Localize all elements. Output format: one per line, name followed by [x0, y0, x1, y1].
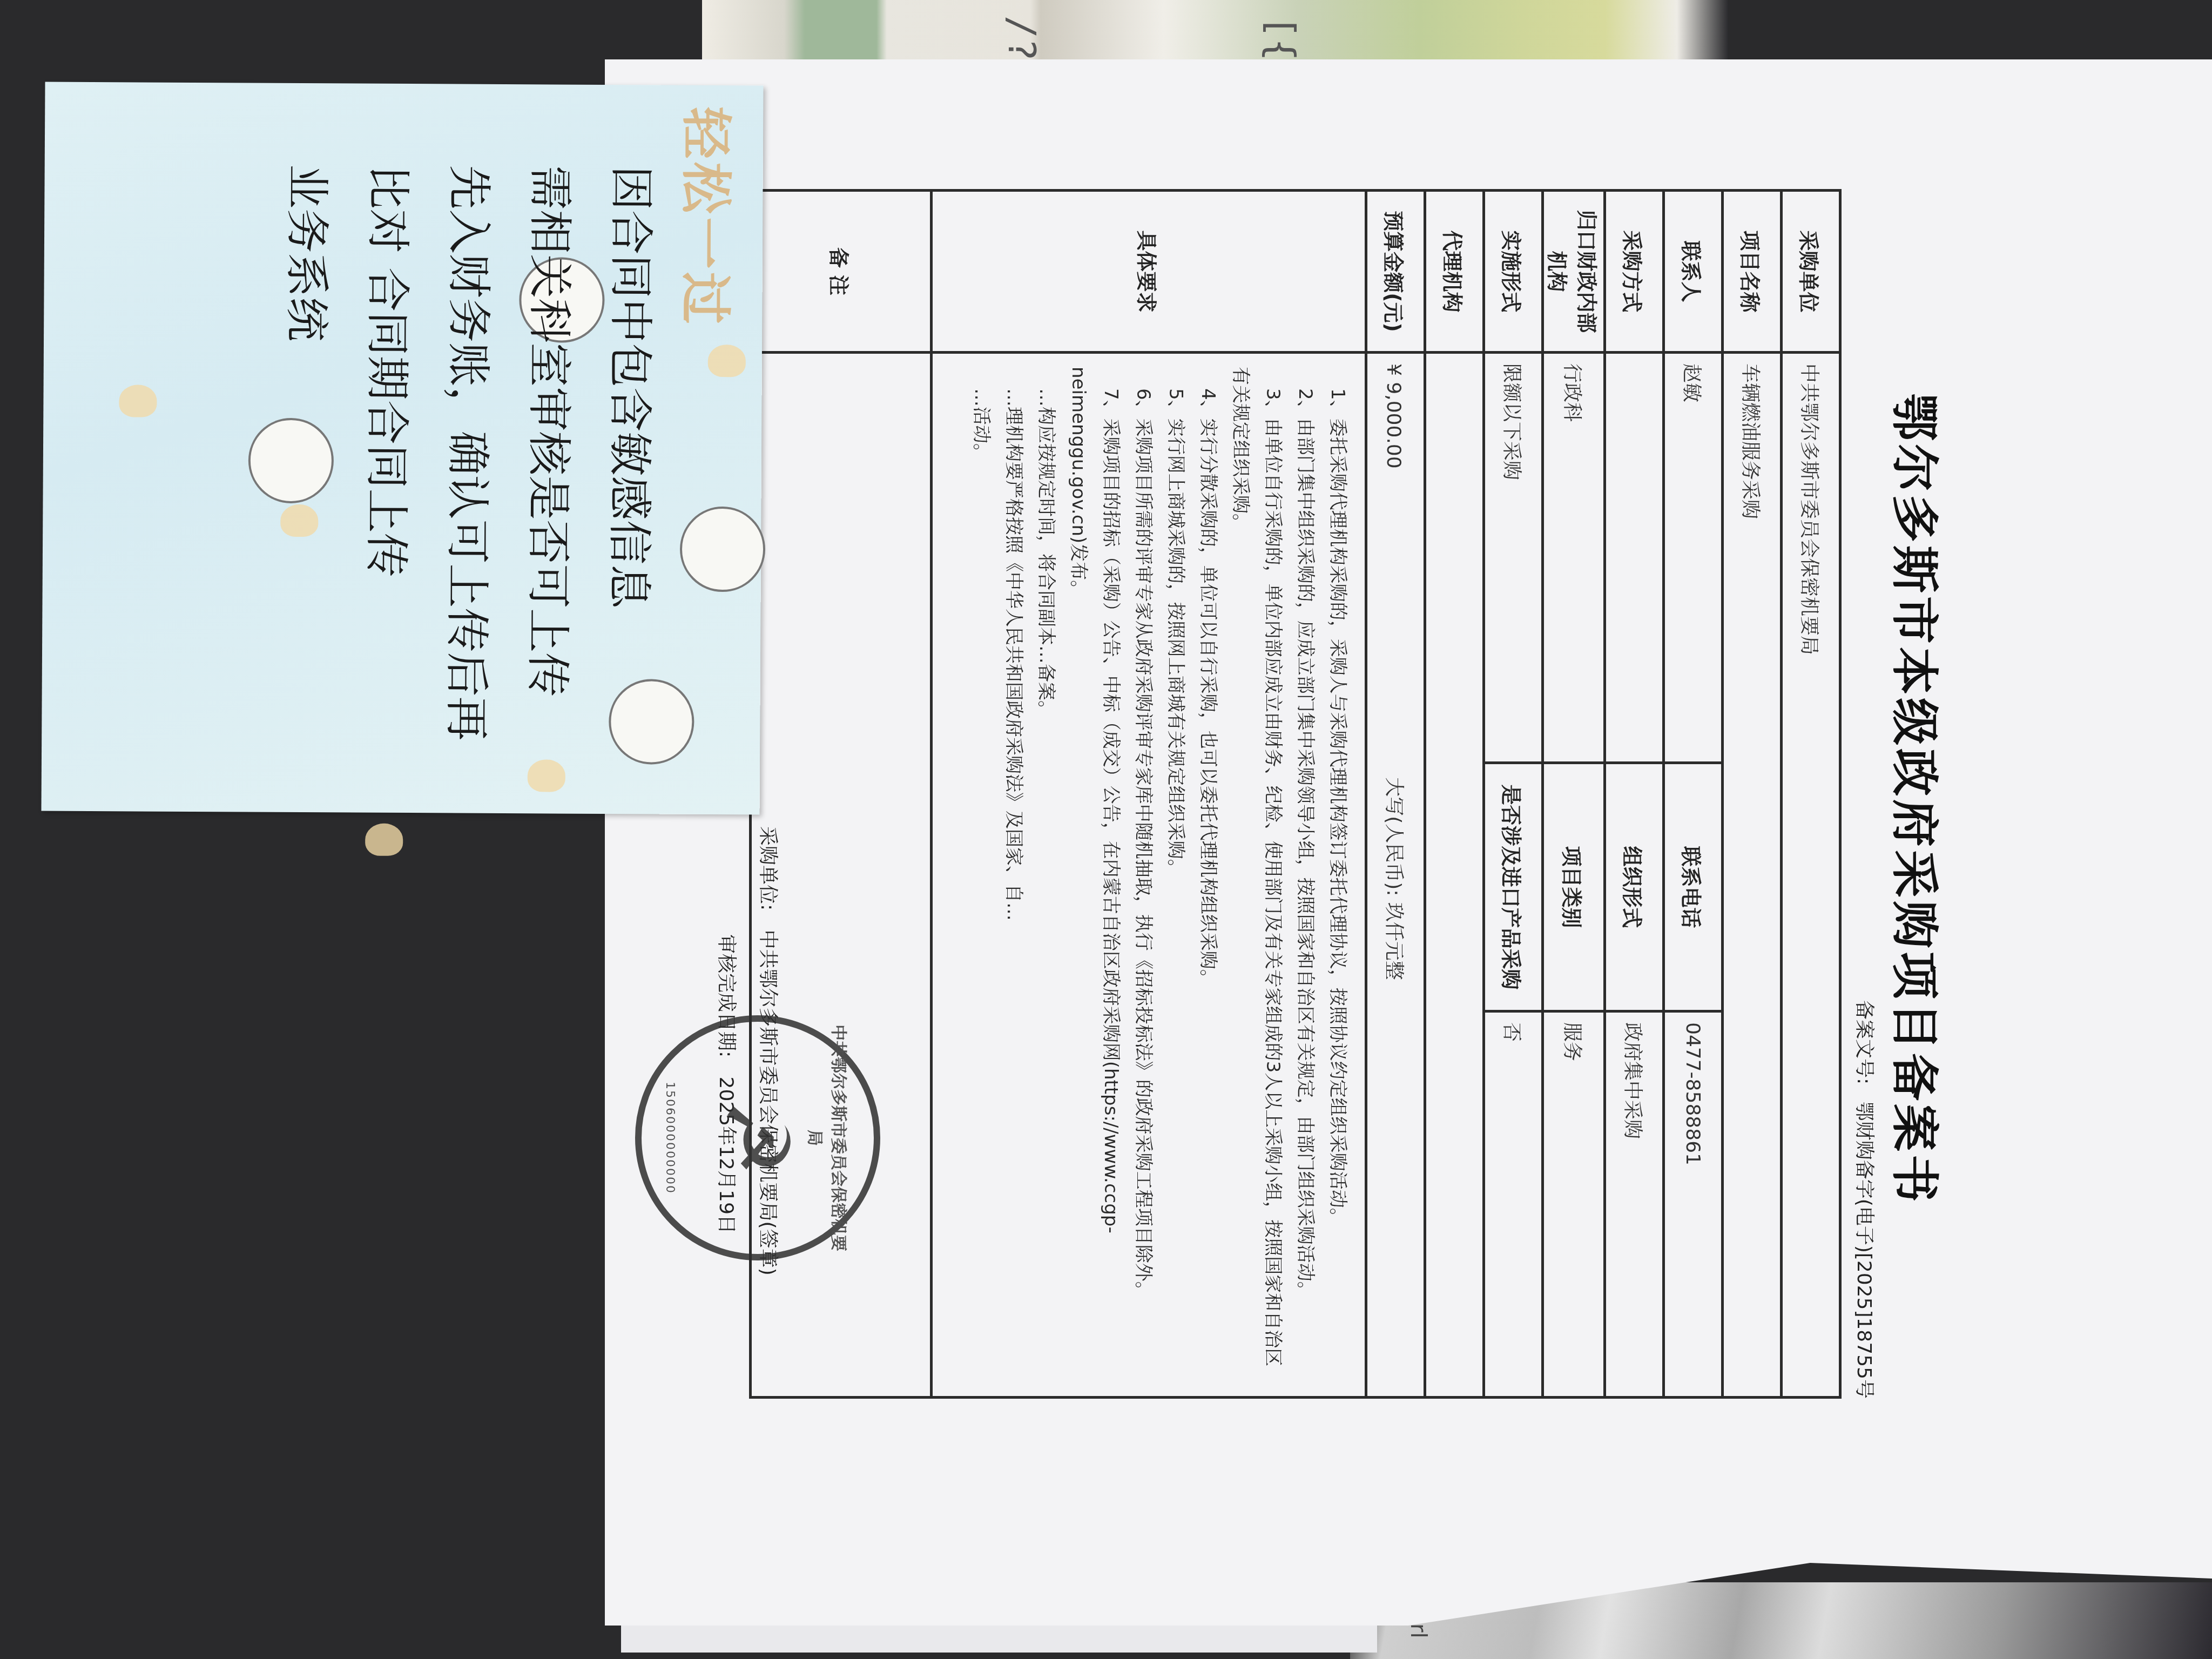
table-row: 具体要求 1、委托采购代理机构采购的，采购人与采购代理机构签订委托代理协议，按照…	[932, 191, 1366, 1398]
table-row: 采购方式 组织形式 政府集中采购	[1605, 191, 1664, 1398]
budget-cell: ¥ 9,000.00 大写(人民币): 玖仟元整	[1366, 353, 1425, 1398]
table-row: 实施形式 限额以下采购 是否涉及进口产品采购 否	[1484, 191, 1543, 1398]
category-value: 服务	[1543, 1011, 1605, 1398]
requirement-item: 1、委托采购代理机构采购的，采购人与采购代理机构签订委托代理协议，按照协议约定组…	[1321, 367, 1354, 1383]
method-label: 采购方式	[1605, 191, 1664, 353]
method-value	[1605, 353, 1664, 763]
org-form-value: 政府集中采购	[1605, 1011, 1664, 1398]
signature-unit-label: 采购单位:	[757, 826, 779, 911]
purchaser-label: 采购单位	[1782, 191, 1840, 353]
import-label: 是否涉及进口产品采购	[1484, 763, 1543, 1011]
budget-label: 预算金额(元)	[1366, 191, 1425, 353]
phone-value: 0477-8588861	[1664, 1011, 1723, 1398]
sticky-handwriting: 因合同中包含敏感信息 需相关科室审核是否可上传 先入财务账，确认可上传后再 比对…	[263, 164, 671, 742]
stamp-text: 中共鄂尔多斯市委员会保密机要局	[805, 1022, 852, 1254]
sticky-note-content: 轻松一过 因合同中包含敏感信息 需相关科室审核是否可上传 先入财务账，确认可上传…	[41, 82, 763, 815]
stamp-code: 1506000000000	[663, 1022, 677, 1254]
phone-label: 联系电话	[1664, 763, 1723, 1011]
filing-number: 备案文号: 鄂财购备字(电子)[2025]18755号	[1852, 989, 1879, 1399]
sticky-heading: 轻松一过	[672, 107, 747, 328]
official-seal-stamp: 中共鄂尔多斯市委员会保密机要局 ☭ 1506000000000	[635, 1015, 880, 1260]
requirement-item: 4、实行分散采购的，单位可以自行采购，也可以委托代理机构组织采购。	[1192, 367, 1224, 1383]
requirements-cell: 1、委托采购代理机构采购的，采购人与采购代理机构签订委托代理协议，按照协议约定组…	[932, 353, 1366, 1398]
project-name-label: 项目名称	[1723, 191, 1782, 353]
requirement-item: 7、采购项目的招标（采购）公告、中标（成交）公告，在内蒙古自治区政府采购网(ht…	[1062, 367, 1127, 1383]
purchaser-value: 中共鄂尔多斯市委员会保密机要局	[1782, 353, 1840, 1398]
remarks-label: 备 注	[751, 191, 932, 353]
requirement-item: 3、由单位自行采购的，单位内部应成立由财务、纪检、使用部门及有关专家组成的3人以…	[1224, 367, 1289, 1383]
requirement-item: …构应按规定时间，将合同副本…备案。	[1030, 367, 1062, 1383]
filing-form-table: 采购单位 中共鄂尔多斯市委员会保密机要局 项目名称 车辆燃油服务采购 联系人 赵…	[749, 189, 1842, 1399]
procurement-filing-document: 鄂尔多斯市本级政府采购项目备案书 备案文号: 鄂财购备字(电子)[2025]18…	[707, 178, 1950, 1528]
org-form-label: 组织形式	[1605, 763, 1664, 1011]
agency-value	[1425, 353, 1484, 1398]
handwritten-line: 需相关科室审核是否可上传	[506, 165, 590, 741]
budget-caps-label: 大写(人民币):	[1383, 777, 1405, 896]
requirement-item: 5、实行网上商城采购的，按照网上商城有关规定组织采购。	[1159, 367, 1192, 1383]
requirement-item: 6、采购项目所需的评审专家从政府采购评审专家库中随机抽取，执行《招标投标法》的政…	[1127, 367, 1159, 1383]
keycap-bracket: [{	[1259, 16, 1303, 61]
impl-value: 限额以下采购	[1484, 353, 1543, 763]
contact-label: 联系人	[1664, 191, 1723, 353]
handwritten-line: 先入财务账，确认可上传后再	[425, 165, 509, 741]
table-row: 采购单位 中共鄂尔多斯市委员会保密机要局	[1782, 191, 1840, 1398]
handwritten-line: 因合同中包含敏感信息	[587, 166, 671, 742]
sticky-note: 轻松一过 因合同中包含敏感信息 需相关科室审核是否可上传 先入财务账，确认可上传…	[41, 82, 763, 815]
project-name-value: 车辆燃油服务采购	[1723, 353, 1782, 1398]
impl-label: 实施形式	[1484, 191, 1543, 353]
handwritten-line: 比对 合同期合同上传	[344, 164, 428, 740]
table-row: 归口财政内部机构 行政科 项目类别 服务	[1543, 191, 1605, 1398]
category-label: 项目类别	[1543, 763, 1605, 1011]
filing-number-label: 备案文号:	[1853, 1000, 1875, 1084]
handwritten-line: 业务系统	[263, 164, 347, 740]
filing-number-value: 鄂财购备字(电子)[2025]18755号	[1853, 1102, 1875, 1399]
contact-value: 赵敏	[1664, 353, 1723, 763]
import-value: 否	[1484, 1011, 1543, 1398]
table-row: 联系人 赵敏 联系电话 0477-8588861	[1664, 191, 1723, 1398]
requirements-label: 具体要求	[932, 191, 1366, 353]
budget-caps-value: 玖仟元整	[1383, 902, 1405, 980]
document-title: 鄂尔多斯市本级政府采购项目备案书	[1884, 178, 1952, 1420]
dept-value: 行政科	[1543, 353, 1605, 763]
requirement-item: …理机构要严格按照《中华人民共和国政府采购法》及国家、自…	[997, 367, 1030, 1383]
requirement-item: 2、由部门集中组织采购的，应成立部门集中采购领导小组，按照国家和自治区有关规定，…	[1289, 367, 1321, 1383]
table-row: 项目名称 车辆燃油服务采购	[1723, 191, 1782, 1398]
agency-label: 代理机构	[1425, 191, 1484, 353]
table-row: 预算金额(元) ¥ 9,000.00 大写(人民币): 玖仟元整	[1366, 191, 1425, 1398]
hammer-sickle-icon: ☭	[707, 1099, 808, 1176]
dept-label: 归口财政内部机构	[1543, 191, 1605, 353]
requirement-item: …活动。	[965, 367, 997, 1383]
budget-value: ¥ 9,000.00	[1383, 363, 1405, 469]
keycap-slash: /?	[1000, 16, 1044, 61]
table-row: 代理机构	[1425, 191, 1484, 1398]
